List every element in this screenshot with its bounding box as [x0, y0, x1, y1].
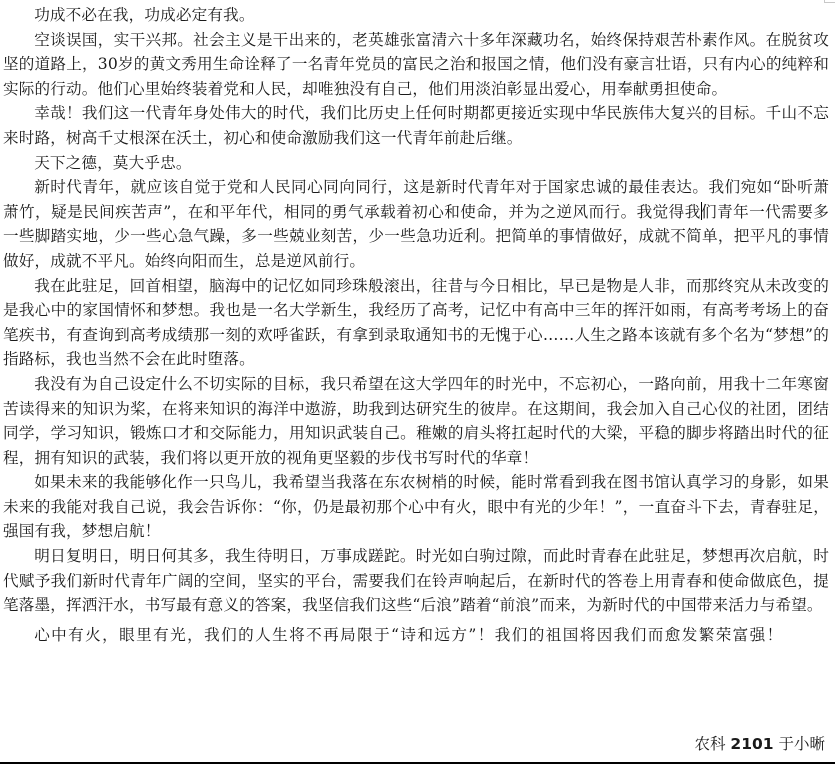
paragraph-9: 明日复明日，明日何其多，我生待明日，万事成蹉跎。时光如白驹过隙，而此时青春在此驻…: [3, 544, 829, 618]
paragraph-3: 幸哉！我们这一代青年身处伟大的时代，我们比历史上任何时期都更接近实现中华民族伟大…: [3, 101, 829, 150]
paragraph-4: 天下之德，莫大乎忠。: [3, 151, 829, 176]
paragraph-2: 空谈误国，实干兴邦。社会主义是干出来的，老英雄张富清六十多年深藏功名，始终保持艰…: [3, 28, 829, 102]
paragraph-6: 我在此驻足，回首相望，脑海中的记忆如同珍珠般滚出，往昔与今日相比，早已是物是人非…: [3, 274, 829, 372]
signature-major: 农科: [694, 735, 730, 753]
paragraph-7: 我没有为自己设定什么不切实际的目标，我只希望在这大学四年的时光中，不忘初心，一路…: [3, 372, 829, 470]
paragraph-5: 新时代青年，就应该自觉于党和人民同心同向同行，这是新时代青年对于国家忠诚的最佳表…: [3, 175, 829, 273]
document-page[interactable]: 功成不必在我，功成必定有我。 空谈误国，实干兴邦。社会主义是干出来的，老英雄张富…: [3, 3, 829, 658]
paragraph-1: 功成不必在我，功成必定有我。: [3, 3, 829, 28]
paragraph-8: 如果未来的我能够化作一只鸟儿，我希望当我落在东农树梢的时候，能时常看到我在图书馆…: [3, 470, 829, 544]
paragraph-10: 心中有火，眼里有光，我们的人生将不再局限于“诗和远方”！我们的祖国将因我们而愈发…: [3, 612, 829, 658]
signature-name: 于小晰: [774, 735, 825, 753]
author-signature: 农科 2101 于小晰: [694, 734, 825, 754]
signature-class-number: 2101: [730, 735, 773, 753]
